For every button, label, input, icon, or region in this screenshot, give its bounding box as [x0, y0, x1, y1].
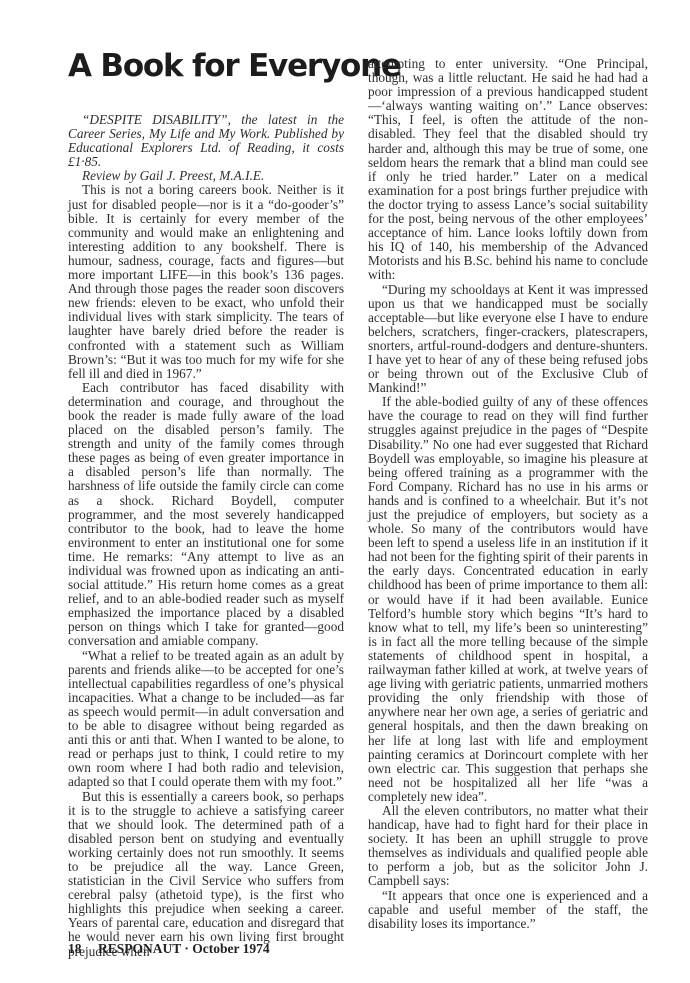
paragraph: “What a relief to be treated again as an…	[68, 649, 344, 790]
paragraph: But this is essentially a careers book, …	[68, 790, 344, 959]
page-footer: 18RESPONAUT · October 1974	[68, 941, 270, 957]
article-title: A Book for Everyone	[68, 48, 358, 84]
paragraph: “During my schooldays at Kent it was imp…	[368, 283, 648, 396]
right-column: attempting to enter university. “One Pri…	[368, 57, 648, 931]
paragraph: If the able-bodied guilty of any of thes…	[368, 395, 648, 804]
article-intro: “DESPITE DISABILITY”, the latest in the …	[68, 113, 344, 183]
reviewer-byline: Review by Gail J. Preest, M.A.I.E.	[68, 169, 344, 183]
book-details: “DESPITE DISABILITY”, the latest in the …	[68, 113, 344, 169]
paragraph: This is not a boring careers book. Neith…	[68, 183, 344, 380]
paragraph: Each contributor has faced disability wi…	[68, 381, 344, 649]
paragraph: “It appears that once one is experienced…	[368, 889, 648, 931]
left-column: “DESPITE DISABILITY”, the latest in the …	[68, 113, 344, 959]
publication-info: RESPONAUT · October 1974	[98, 941, 270, 956]
page-number: 18	[68, 941, 98, 957]
paragraph: All the eleven contributors, no matter w…	[368, 804, 648, 889]
paragraph: attempting to enter university. “One Pri…	[368, 57, 648, 283]
magazine-page: A Book for Everyone “DESPITE DISABILITY”…	[0, 0, 690, 983]
